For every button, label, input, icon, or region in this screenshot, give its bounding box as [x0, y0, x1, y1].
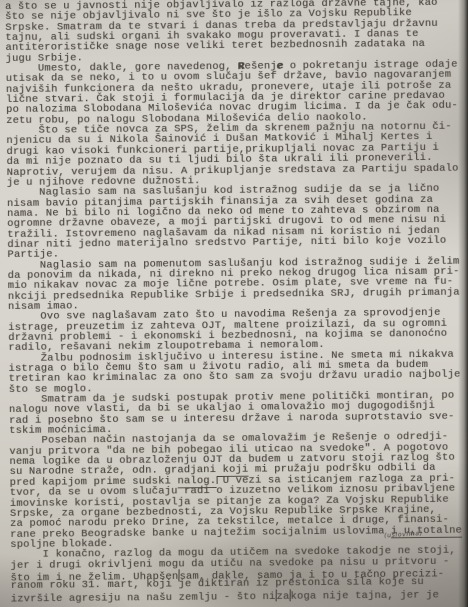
text-segment: za — [276, 590, 289, 602]
text-segment: koga nije tajna, jer je — [290, 589, 439, 602]
typewritten-text: a što se u javnosti nije objavljivalo iz… — [5, 0, 468, 602]
handwritten-word-separation-stroke — [289, 589, 290, 601]
handwritten-word-separation-stroke — [275, 589, 276, 601]
document-photo: a što se u javnosti nije objavljivalo iz… — [0, 0, 468, 607]
text-segment: izvršile agresiju na našu zemlju - što n… — [11, 591, 276, 606]
